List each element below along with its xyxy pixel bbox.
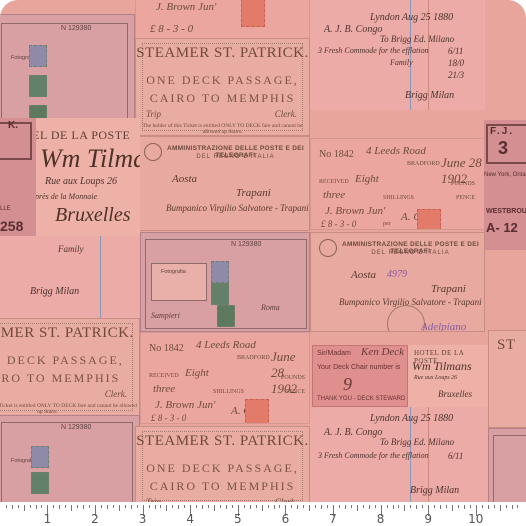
deck-salutation: Sir/Madam [317, 350, 351, 357]
ruler-tick [517, 505, 518, 508]
ledger-invoice-bottom: Lyndon Aug 25 1880 A. J. B. Congo To Bri… [310, 407, 488, 502]
receipt-number: No 1842 [319, 149, 354, 160]
postal-form-partial [488, 428, 526, 502]
ruler-tick [494, 505, 495, 508]
ruler-tick [398, 505, 399, 508]
receipt-city: BRADFORD [237, 355, 270, 361]
receipt-amount: £ 8 - 3 - 0 [321, 219, 356, 229]
hotel-city: Bruxelles [55, 204, 131, 227]
ledger-footer: Brigg Milan [405, 90, 454, 101]
ruler-tick [446, 505, 447, 508]
ruler-tick [321, 505, 322, 509]
steamer-ticket-left: STEAMER ST. PATRICK. ONE DECK PASSAGE, C… [0, 318, 140, 416]
baggage-digit: 3 [498, 138, 508, 159]
royal-seal-icon [319, 239, 337, 257]
ruler-tick [226, 505, 227, 509]
postal-serial: N 129380 [61, 424, 91, 431]
ruler-tick [339, 505, 340, 508]
hotel-near: près de la Monnaie [35, 192, 97, 201]
ruler-tick [387, 505, 388, 508]
baggage-tag-right: F.J. 3 New York, Ontario & Western WESTB… [484, 120, 526, 250]
receipt-amount: £ 8 - 3 - 0 [151, 413, 186, 423]
receipt-pounds-label: POUNDS [281, 375, 305, 381]
ledger-amount: 18/0 [448, 58, 464, 68]
ruler-tick [24, 505, 25, 511]
hotel-city: Bruxelles [438, 389, 472, 399]
ruler-tick [125, 505, 126, 508]
receipt-middle: No 1842 4 Leeds Road BRADFORD June 28 19… [140, 332, 310, 424]
postal-hand-2: Roma [261, 303, 280, 312]
deck-chair-card: Sir/Madam Ken Deck Your Deck Chair numbe… [312, 345, 408, 407]
ledger-route: To Brigg Ed. Milano [380, 34, 454, 44]
receipt-pounds-label: POUNDS [451, 181, 475, 187]
ruler-label: 1 [44, 512, 52, 526]
ruler-label: 10 [468, 512, 483, 526]
ruler-tick [410, 505, 411, 508]
ruler-tick [345, 505, 346, 509]
ledger-invoice-top: Lyndon Aug 25 1880 A. J. B. Congo To Bri… [310, 0, 485, 110]
ruler-tick [53, 505, 54, 508]
steamer-ticket-top: STEAMER ST. PATRICK. ONE DECK PASSAGE, C… [135, 38, 310, 136]
ticket-line1: ONE DECK PASSAGE, [136, 73, 309, 88]
ticket-fine-print: The holder of this Ticket is entitled ON… [0, 403, 139, 415]
form-frame [1, 23, 128, 120]
steamer-ticket-bottom: STEAMER ST. PATRICK. ONE DECK PASSAGE, C… [135, 426, 310, 502]
ruler-tick [71, 505, 72, 511]
ruler-tick [119, 505, 120, 511]
baggage-dest: WESTBROUGHVILLE [486, 208, 526, 215]
ruler-tick [440, 505, 441, 509]
ticket-title: STEAMER ST. PATRICK. [136, 45, 309, 62]
ruler-label: 2 [91, 512, 99, 526]
ticket-line1: ONE DECK PASSAGE, [136, 461, 309, 476]
italy-subheader: DEL REGNO D'ITALIA [166, 154, 305, 160]
ticket-fine-print: The holder of this Ticket is entitled ON… [136, 123, 309, 135]
stamp-icon [31, 472, 49, 494]
ruler-tick [6, 505, 7, 508]
ruler-tick [30, 505, 31, 508]
ruler-tick [36, 505, 37, 509]
ruler-tick [458, 505, 459, 508]
deck-footer: THANK YOU - DECK STEWARD [317, 396, 405, 402]
ledger-route: To Brigg Ed. Milano [380, 437, 454, 447]
stamp-icon [211, 283, 229, 305]
ruler-tick [113, 505, 114, 508]
ruler-tick [470, 505, 471, 508]
receipt-pence-label: PENCE [456, 195, 475, 201]
ruler-tick [279, 505, 280, 508]
receipt-shillings-label: SHILLINGS [383, 195, 414, 201]
receipt-amount: £ 8 - 3 - 0 [150, 23, 193, 35]
deck-line: Your Deck Chair number is [317, 364, 400, 371]
stamp-icon [241, 0, 265, 27]
ruler-tick [357, 505, 358, 511]
italy-signature: Adelpiano Lepri [421, 321, 484, 332]
ledger-strip-left: Family Brigg Milan [0, 236, 140, 318]
ruler-tick [262, 505, 263, 511]
receipt-address: 4 Leeds Road [196, 339, 256, 351]
receipt-right: No 1842 4 Leeds Road BRADFORD June 28 19… [310, 138, 485, 230]
receipt-from: J. Brown Jun' [325, 205, 385, 217]
ledger-to: A. J. B. Congo [324, 24, 382, 35]
receipt-pence-label: PENCE [286, 389, 305, 395]
receipt-number: No 1842 [149, 343, 184, 354]
ruler-tick [327, 505, 328, 508]
ruler-tick [422, 505, 423, 508]
ruler-tick [131, 505, 132, 509]
ruler-tick [232, 505, 233, 508]
hotel-street: Rue aux Loups 26 [45, 176, 117, 187]
receipt-shillings-value: three [323, 189, 345, 201]
ruler-tick [268, 505, 269, 508]
hotel-name: Wm Tilmans [40, 144, 140, 174]
receipt-received-label: RECEIVED [319, 179, 349, 185]
ruler-tick [107, 505, 108, 509]
italy-subheader: DEL REGNO D'ITALIA [341, 250, 480, 256]
ruler-tick [369, 505, 370, 509]
receipt-received-value: Eight [185, 367, 209, 379]
ruler-tick [250, 505, 251, 509]
deck-name: Ken Deck [361, 346, 404, 358]
ruler-tick [184, 505, 185, 508]
ticket-line2: CAIRO TO MEMPHIS [136, 91, 309, 106]
ruler-tick [59, 505, 60, 509]
postal-hand-1: Sampieri [151, 311, 180, 320]
ruler-tick [12, 505, 13, 509]
ruler-tick [274, 505, 275, 509]
ruler-label: 6 [282, 512, 290, 526]
postal-serial: N 129380 [61, 25, 91, 32]
stamp-icon [211, 261, 229, 283]
receipt-address: 4 Leeds Road [366, 145, 426, 157]
italy-hand-1: Aosta [172, 173, 197, 185]
ruler-tick [18, 505, 19, 508]
ruler-tick [101, 505, 102, 508]
ruler-tick [166, 505, 167, 511]
ruler-tick [315, 505, 316, 508]
italian-postal-form-middle: N 129380 Fotografia Sampieri Roma [140, 232, 310, 332]
ruler-tick [464, 505, 465, 509]
baggage-code: F.J. [490, 126, 514, 137]
receipt-top: J. Brown Jun' £ 8 - 3 - 0 [135, 0, 310, 40]
ruler-tick [393, 505, 394, 509]
italy-hand-1: Aosta [351, 269, 376, 281]
ruler-tick [256, 505, 257, 508]
ledger-amount: 21/3 [448, 70, 464, 80]
ruler-label: 7 [329, 512, 337, 526]
ruler-tick [375, 505, 376, 508]
hotel-name: Wm Tilmans [412, 359, 472, 374]
form-frame [493, 435, 526, 502]
ledger-to: A. J. B. Congo [324, 427, 382, 438]
stamp-icon [417, 209, 441, 230]
ruler-tick [488, 505, 489, 509]
ruler-label: 8 [377, 512, 385, 526]
stamp-icon [29, 45, 47, 67]
ruler-tick [291, 505, 292, 508]
ruler-tick [178, 505, 179, 509]
ruler-tick [297, 505, 298, 509]
ledger-line: 3 Fresh Commode for the efflation [318, 451, 429, 460]
ruler-tick [155, 505, 156, 509]
italy-hand-2: Trapani [236, 187, 271, 199]
ruler-tick [65, 505, 66, 508]
ruler-label: 5 [234, 512, 242, 526]
ruler-tick [208, 505, 209, 508]
stamp-icon [31, 446, 49, 468]
receipt-from: J. Brown Jun' [156, 1, 216, 13]
ruler-tick [434, 505, 435, 508]
ruler-tick [416, 505, 417, 509]
baggage-number: 258 [0, 218, 23, 234]
ruler-tick [512, 505, 513, 509]
ledger-date: Lyndon Aug 25 1880 [370, 12, 453, 23]
ruler-label: 9 [424, 512, 432, 526]
ticket-line2: CAIRO TO MEMPHIS [136, 479, 309, 494]
receipt-per: per [383, 221, 391, 227]
ruler-tick [172, 505, 173, 508]
ledger-footer: Brigg Milan [30, 286, 79, 297]
deck-number: 9 [343, 374, 352, 395]
ticket-title: STEAMER ST. PATRICK. [0, 325, 139, 342]
ruler-tick [482, 505, 483, 508]
ticket-trip: Trip [146, 109, 161, 119]
stamp-icon [217, 305, 235, 327]
ruler-tick [404, 505, 405, 511]
ticket-clerk: Clerk. [275, 109, 297, 119]
italy-hand-2: Trapani [431, 283, 466, 295]
ticket-line2: CAIRO TO MEMPHIS [0, 371, 139, 386]
ledger-rule [100, 236, 101, 318]
ledger-date: Lyndon Aug 25 1880 [370, 413, 453, 424]
ruler-tick [309, 505, 310, 511]
ledger-entry: Family [390, 58, 413, 67]
postmark-icon [387, 305, 425, 332]
ruler-label: 3 [139, 512, 147, 526]
ruler-label: 4 [186, 512, 194, 526]
ticket-title: STEAMER ST. PATRICK. [136, 433, 309, 450]
ruler-tick [351, 505, 352, 508]
receipt-shillings-label: SHILLINGS [213, 389, 244, 395]
ruler-tick [196, 505, 197, 508]
fabric-swatch: N 129380 Fotografia J. Brown Jun' £ 8 - … [0, 0, 526, 502]
ruler-tick [500, 505, 501, 511]
italy-money-order-top: AMMINISTRAZIONE DELLE POSTE E DEI TELEGR… [135, 136, 310, 231]
ledger-footer: Brigg Milan [410, 485, 459, 496]
baggage-dest: LLE [0, 206, 11, 212]
ruler-tick [149, 505, 150, 508]
ruler-tick [89, 505, 90, 508]
postal-photo-label: Fotografia [161, 269, 186, 275]
stamp-icon [245, 399, 269, 424]
stamp-icon [29, 75, 47, 97]
ruler-tick [202, 505, 203, 509]
ruler-tick [506, 505, 507, 508]
hotel-card-small: HOTEL DE LA POSTE Wm Tilmans Rue aux Lou… [408, 345, 488, 407]
ledger-amount: 6/11 [448, 46, 463, 56]
ruler-tick [77, 505, 78, 508]
steamer-ticket-right-partial: ST [488, 330, 526, 428]
ruler-tick [303, 505, 304, 508]
ruler-tick [137, 505, 138, 508]
ruler-tick [83, 505, 84, 509]
ruler-tick [220, 505, 221, 508]
ledger-amount: 6/11 [448, 451, 463, 461]
ruler-tick [363, 505, 364, 508]
measuring-ruler: 12345678910 [0, 502, 526, 526]
ticket-line1: ONE DECK PASSAGE, [0, 353, 139, 368]
hotel-street: Rue aux Loups 26 [414, 375, 457, 381]
baggage-tag-left: K. LLE 258 [0, 118, 36, 236]
receipt-received-label: RECEIVED [149, 373, 179, 379]
ruler-tick [160, 505, 161, 508]
postal-serial: N 129380 [231, 241, 261, 248]
ledger-entry: Family [58, 244, 84, 254]
receipt-from: J. Brown Jun' [155, 399, 215, 411]
ruler-tick [214, 505, 215, 511]
royal-seal-icon [144, 143, 162, 161]
italian-postal-form: N 129380 Fotografia [0, 14, 135, 124]
italian-postal-form-bottom: N 129380 Fotografia [0, 415, 140, 502]
ruler-tick [41, 505, 42, 508]
baggage-route: New York, Ontario & Western [484, 172, 526, 178]
ruler-tick [452, 505, 453, 511]
ledger-line: 3 Fresh Commode for the efflation [318, 46, 429, 55]
italy-money-order-right: AMMINISTRAZIONE DELLE POSTE E DEI TELEGR… [310, 232, 485, 332]
ticket-clerk: Clerk. [105, 389, 127, 399]
receipt-received-value: Eight [355, 173, 379, 185]
baggage-serial: A- 12 [486, 220, 518, 235]
receipt-shillings-value: three [153, 383, 175, 395]
italy-hand-3: Bumpanico Virgilio Salvatore - Trapani [166, 203, 309, 213]
ruler-tick [244, 505, 245, 508]
receipt-city: BRADFORD [407, 161, 440, 167]
